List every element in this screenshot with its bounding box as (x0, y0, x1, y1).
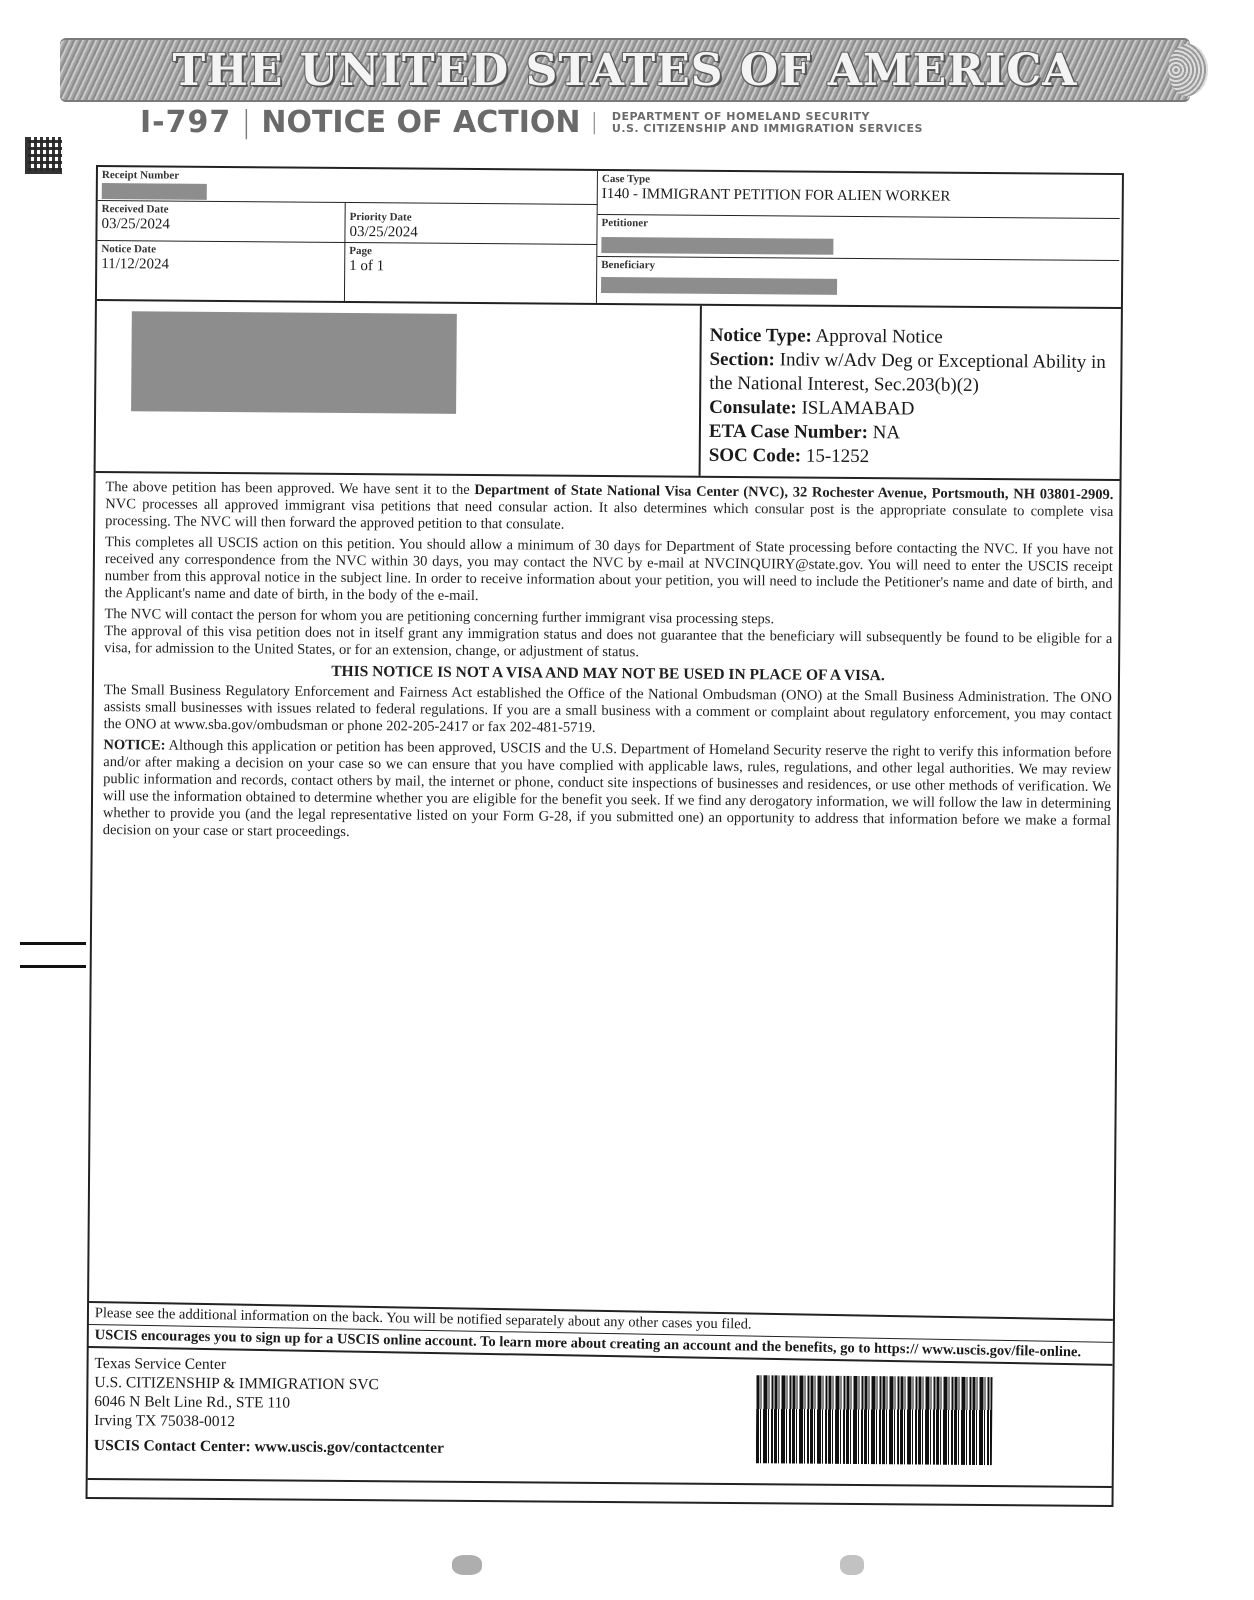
scan-smudge (452, 1555, 482, 1575)
notice-date-value: 11/12/2024 (101, 255, 340, 275)
beneficiary-cell: Beneficiary (597, 257, 1119, 307)
receipt-number-cell: Receipt Number (98, 167, 598, 205)
agency-block: DEPARTMENT OF HOMELAND SECURITY U.S. CIT… (612, 111, 923, 135)
not-a-visa-warning: THIS NOTICE IS NOT A VISA AND MAY NOT BE… (104, 661, 1112, 686)
received-date-value: 03/25/2024 (101, 215, 340, 235)
form-title-row: I-797 | NOTICE OF ACTION | DEPARTMENT OF… (140, 105, 923, 140)
mailing-address-redacted (131, 311, 457, 414)
priority-date-value: 03/25/2024 (349, 223, 592, 243)
soc-label: SOC Code: (709, 445, 802, 467)
page-value: 1 of 1 (349, 257, 592, 277)
notice-form: Receipt Number Case Type I140 - IMMIGRAN… (86, 165, 1124, 1507)
notice-type-line: Notice Type: Approval Notice (710, 324, 1111, 351)
notice-text: Although this application or petition ha… (103, 738, 1112, 840)
banner-text: THE UNITED STATES OF AMERICA (173, 45, 1078, 96)
notice-date-cell: Notice Date 11/12/2024 (97, 241, 345, 301)
text: The above petition has been approved. We… (105, 479, 474, 498)
section-line: Section: Indiv w/Adv Deg or Exceptional … (709, 348, 1110, 399)
eta-label: ETA Case Number: (709, 421, 868, 443)
notice-label: NOTICE: (103, 737, 165, 753)
datamatrix-barcode-icon (25, 137, 62, 174)
form-number: I-797 (140, 105, 231, 140)
petitioner-cell: Petitioner (597, 215, 1119, 261)
case-type-value: I140 - IMMIGRANT PETITION FOR ALIEN WORK… (602, 185, 1116, 207)
receipt-number-redacted (102, 183, 207, 200)
title-separator: | (241, 105, 251, 140)
paragraph-uscis-action: This completes all USCIS action on this … (105, 534, 1114, 610)
consulate-value: ISLAMABAD (801, 398, 914, 420)
consulate-label: Consulate: (709, 397, 797, 419)
title-separator: | (590, 110, 597, 135)
receipt-number-label: Receipt Number (102, 169, 593, 185)
notice-type-value: Approval Notice (816, 326, 943, 348)
address-zone: Notice Type: Approval Notice Section: In… (96, 301, 1121, 481)
barcode-icon (756, 1375, 993, 1465)
scan-smudge (840, 1555, 864, 1575)
soc-line: SOC Code: 15-1252 (709, 444, 1110, 471)
notice-type-label: Notice Type: (710, 325, 812, 347)
form-footer: Please see the additional information on… (88, 1301, 1113, 1488)
usa-banner: THE UNITED STATES OF AMERICA (60, 38, 1190, 102)
case-type-cell: Case Type I140 - IMMIGRANT PETITION FOR … (598, 171, 1120, 219)
case-header-grid: Receipt Number Case Type I140 - IMMIGRAN… (97, 167, 1122, 309)
paragraph-approval: The above petition has been approved. We… (105, 479, 1113, 538)
petitioner-label: Petitioner (602, 217, 1116, 233)
form-name: NOTICE OF ACTION (261, 105, 580, 140)
section-label: Section: (709, 349, 775, 371)
agency-line-2: U.S. CITIZENSHIP AND IMMIGRATION SERVICE… (612, 122, 923, 135)
notice-body: The above petition has been approved. We… (93, 473, 1120, 847)
soc-value: 15-1252 (806, 446, 869, 467)
page-cell: Page 1 of 1 (345, 243, 597, 303)
beneficiary-label: Beneficiary (601, 259, 1115, 275)
eta-value: NA (873, 422, 901, 443)
eagle-ornament-icon (1168, 44, 1208, 96)
received-date-cell: Received Date 03/25/2024 (97, 201, 345, 243)
priority-date-cell: Priority Date 03/25/2024 (345, 203, 597, 245)
beneficiary-redacted (601, 277, 837, 295)
paragraph-ombudsman: The Small Business Regulatory Enforcemen… (104, 682, 1112, 741)
service-center-address: Texas Service Center U.S. CITIZENSHIP & … (88, 1348, 1113, 1488)
margin-marks (20, 942, 86, 988)
paragraph-no-status: The approval of this visa petition does … (104, 623, 1112, 665)
consulate-line: Consulate: ISLAMABAD (709, 396, 1110, 423)
petitioner-redacted (601, 237, 833, 255)
paragraph-notice: NOTICE: Although this application or pet… (103, 737, 1112, 847)
eta-line: ETA Case Number: NA (709, 420, 1110, 447)
notice-info-block: Notice Type: Approval Notice Section: In… (699, 306, 1121, 479)
